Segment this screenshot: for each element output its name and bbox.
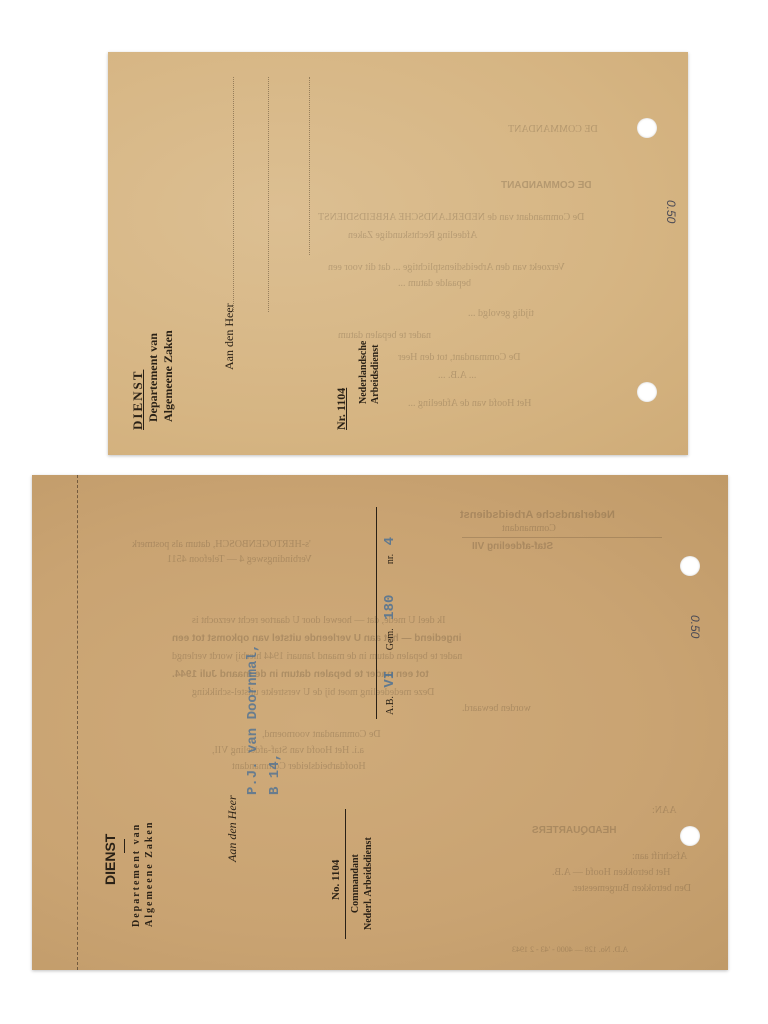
postcard-top: DE COMMANDANT DE COMMANDANT De Commandan… [108,52,688,455]
bleed-through-text: 's-HERTOGENBOSCH, datum als postmerk [132,539,311,550]
bleed-through-text: Afdeeling Rechtskundige Zaken [348,230,477,241]
bleed-through-text: DE COMMANDANT [501,180,592,191]
address-line [268,77,269,312]
ab-value: VI [382,671,398,688]
bleed-through-text: De Commandant, tot den Heer [398,352,520,363]
card-number-text: Nr. 1104 [334,388,348,430]
bleed-through-text: De Commandant van de NEDERLANDSCHE ARBEI… [318,212,584,223]
sender-line: Nederlandsche [358,341,370,404]
bleed-through-text: Nederlandsche Arbeidsdienst [460,509,615,521]
punch-hole [680,826,700,846]
stamp-address: B 14, [264,644,286,795]
bleed-through-text: ... A.B. ... [438,370,476,381]
nr-value: 4 [382,537,398,545]
bleed-through-rule [462,537,662,538]
card-number: No. 1104 [330,860,342,900]
bleed-through-text: Verbindingsweg 4 — Telefoon 4511 [167,554,312,565]
gem-value: 180 [382,595,398,620]
bleed-through-text: Commandant [502,523,556,534]
department-name: Departement van Algemeene Zaken [146,330,176,422]
department-line: Algemeene Zaken [161,330,176,422]
sender-line: Arbeidsdienst [370,341,382,404]
punch-hole [637,118,657,138]
bleed-through-text: Ik deel U mede, dat — hoewel door U daar… [192,615,446,626]
reference-rule [376,507,377,719]
ab-label: A.B. [385,696,396,715]
sender-rule [345,809,346,939]
department-name: Departement van Algemeene Zaken [130,821,156,927]
service-header: DIENST [130,370,146,430]
pencil-price-note: 0.50 [664,200,678,223]
bleed-through-text: nader te bepalen datum [338,330,431,341]
sender-line: Nederl. Arbeidsdienst [362,837,375,930]
address-line [309,77,310,255]
stamp-name: P.J. van Doornmal, [242,644,264,795]
header-divider [124,839,125,853]
perforation-line [77,475,78,970]
bleed-through-text: Den betrokken Burgemeester. [572,883,691,894]
bleed-through-text: ingediend — het aan U verleende uitstel … [172,633,462,644]
bleed-through-text: Het Hoofd van de Afdeeling ... [408,398,531,409]
addressee-label: Aan den Heer [222,303,237,370]
gem-label: Gem. [385,628,396,650]
bleed-through-text: AAN: [652,805,676,816]
bleed-through-text: Het betrokken Hoofd — A.B. [552,867,670,878]
department-line: Algemeene Zaken [143,821,156,927]
bleed-through-text: nader te bepalen datum in de maand Janua… [172,651,462,662]
sender-name: Nederlandsche Arbeidsdienst [358,341,382,404]
header-title: DIENST [130,370,145,430]
bleed-through-text: worden bewaard. [462,703,531,714]
bleed-through-text: a.i. Het Hoofd van Staf-afdeeling VII, [212,745,364,756]
addressee-label: Aan den Heer [225,795,240,862]
punch-hole [637,382,657,402]
card-number: Nr. 1104 [334,388,349,430]
header-title: DIENST [102,834,118,885]
sender-name: Commandant Nederl. Arbeidsdienst [349,837,375,930]
punch-hole [680,556,700,576]
address-line [233,77,234,312]
bleed-through-text: DE COMMANDANT [508,124,598,135]
bleed-through-text: bepaalde datum ... [398,278,471,289]
bleed-through-text: Deze mededeeling moet bij de U verstrekt… [192,687,434,698]
bleed-through-text: tijdig gevolgd ... [468,308,534,319]
reference-line: A.B. VI Gem. 180 nr. 4 [382,537,398,715]
department-line: Departement van [146,330,161,422]
department-line: Departement van [130,821,143,927]
bleed-through-text: Verzoekt van den Arbeidsdienstplichtige … [328,262,565,273]
bleed-through-text: Afschrift aan: [632,851,687,862]
service-header: DIENST [102,834,118,885]
postcard-bottom: Nederlandsche Arbeidsdienst Commandant S… [32,475,728,970]
sender-line: Commandant [349,837,362,930]
bleed-through-text: A.D. No. 128 — 4000 - '43 - 2 1943 [512,945,628,954]
pencil-price-note: 0.50 [688,615,702,638]
bleed-through-text: HEADQUARTERS [532,825,616,836]
nr-label: nr. [385,554,396,564]
address-stamp: P.J. van Doornmal, B 14, [242,644,286,795]
bleed-through-text: Staf-afdeeling VII [472,541,553,552]
